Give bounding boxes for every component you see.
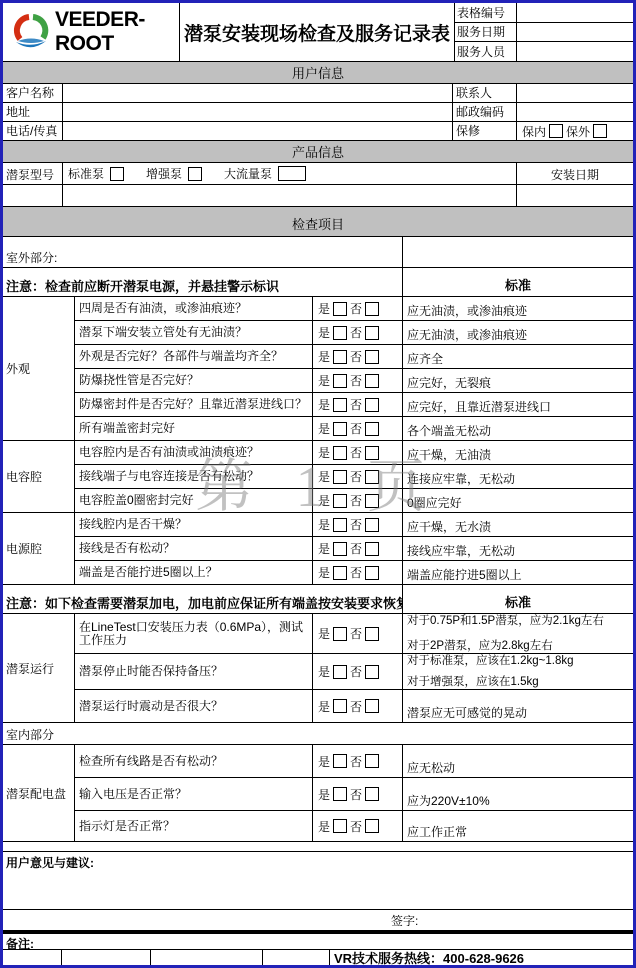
- yes-checkbox[interactable]: [333, 494, 347, 508]
- comments-block[interactable]: 用户意见与建议:: [3, 852, 633, 910]
- group-capacitor-label: 电容腔: [3, 441, 75, 513]
- yes-label: 是: [318, 468, 330, 485]
- no-label: 否: [350, 468, 362, 485]
- yes-label: 是: [318, 753, 330, 770]
- check-row: 电容腔盖0圈密封完好 是 否 0圈应完好: [75, 489, 633, 513]
- section-product-info: 产品信息: [3, 141, 633, 163]
- check-row: 潜泵运行时震动是否很大？ 是 否 潜泵应无可感觉的晃动: [75, 690, 633, 723]
- no-checkbox[interactable]: [365, 518, 379, 532]
- remarks-row[interactable]: 备注:: [3, 934, 633, 950]
- yes-checkbox[interactable]: [333, 787, 347, 801]
- outdoor-part-label: 室外部分:: [3, 237, 403, 267]
- no-checkbox[interactable]: [365, 699, 379, 713]
- no-label: 否: [350, 492, 362, 509]
- high-flow-pump-label: 大流量泵: [224, 165, 272, 182]
- group-power-chamber: 电源腔 接线腔内是否干燥？ 是 否 应干燥，无水渍 接线是否有松动？ 是 否 接…: [3, 513, 633, 585]
- standard-text: 应干燥，无水渍: [403, 513, 633, 536]
- yes-no-cell: 是 否: [313, 393, 403, 416]
- veeder-root-logo-icon: [11, 11, 51, 53]
- yes-no-cell: 是 否: [313, 465, 403, 488]
- yes-label: 是: [318, 516, 330, 533]
- yes-checkbox[interactable]: [333, 470, 347, 484]
- group-operation-label: 潜泵运行: [3, 614, 75, 723]
- question-text: 潜泵下端安装立管处有无油渍？: [75, 321, 313, 344]
- yes-checkbox[interactable]: [333, 699, 347, 713]
- yes-no-cell: 是 否: [313, 441, 403, 464]
- service-person-label: 服务人员: [455, 42, 517, 61]
- question-text: 输入电压是否正常？: [75, 778, 313, 810]
- no-label: 否: [350, 300, 362, 317]
- standard-header-2: 标准: [403, 585, 633, 613]
- notice1-text: 注意：检查前应断开潜泵电源，并悬挂警示标识: [3, 268, 403, 296]
- yes-label: 是: [318, 324, 330, 341]
- install-date-field[interactable]: [517, 185, 633, 206]
- question-text: 接线端子与电容连接是否有松动？: [75, 465, 313, 488]
- standard-text: 应干燥，无油渍: [403, 441, 633, 464]
- no-label: 否: [350, 372, 362, 389]
- yes-no-cell: 是 否: [313, 778, 403, 810]
- no-checkbox[interactable]: [365, 422, 379, 436]
- question-text: 防爆密封件是否完好？且靠近潜泵进线口？: [75, 393, 313, 416]
- yes-label: 是: [318, 698, 330, 715]
- yes-no-cell: 是 否: [313, 321, 403, 344]
- standard-pump-checkbox[interactable]: [110, 167, 124, 181]
- no-label: 否: [350, 396, 362, 413]
- warranty-out-checkbox[interactable]: [593, 124, 607, 138]
- yes-checkbox[interactable]: [333, 819, 347, 833]
- yes-label: 是: [318, 625, 330, 642]
- phone-row: 电话/传真 保修 保内 保外: [3, 122, 633, 141]
- postcode-label: 邮政编码: [453, 103, 517, 121]
- no-checkbox[interactable]: [365, 326, 379, 340]
- form-number-field[interactable]: [517, 3, 633, 22]
- yes-label: 是: [318, 564, 330, 581]
- standard-line-2: 对于2P潜泵，应为2.8kg左右: [407, 640, 553, 652]
- section-inspection: 检查项目: [3, 207, 633, 237]
- signature-label: 签字:: [391, 912, 418, 929]
- yes-checkbox[interactable]: [333, 326, 347, 340]
- header-meta: 表格编号 服务日期 服务人员: [455, 3, 633, 61]
- logo-cell: VEEDER-ROOT: [3, 3, 180, 61]
- meta-row-service-date: 服务日期: [455, 23, 633, 43]
- question-text: 检查所有线路是否有松动？: [75, 745, 313, 777]
- check-row: 所有端盖密封完好 是 否 各个端盖无松动: [75, 417, 633, 441]
- yes-checkbox[interactable]: [333, 566, 347, 580]
- check-row: 接线腔内是否干燥？ 是 否 应干燥，无水渍: [75, 513, 633, 537]
- yes-no-cell: 是 否: [313, 654, 403, 689]
- no-checkbox[interactable]: [365, 470, 379, 484]
- yes-label: 是: [318, 372, 330, 389]
- no-label: 否: [350, 348, 362, 365]
- yes-checkbox[interactable]: [333, 627, 347, 641]
- standard-text: 应无油渍，或渗油痕迹: [403, 297, 633, 320]
- yes-label: 是: [318, 492, 330, 509]
- no-label: 否: [350, 698, 362, 715]
- standard-text: 应为220V±10%: [403, 778, 633, 810]
- contact-field[interactable]: [517, 84, 633, 102]
- contact-label: 联系人: [453, 84, 517, 102]
- address-label: 地址: [3, 103, 63, 121]
- standard-line-1: 对于0.75P和1.5P潜泵，应为2.1kg左右: [407, 615, 604, 627]
- no-label: 否: [350, 818, 362, 835]
- bottom-cell: [3, 950, 62, 965]
- yes-no-cell: 是 否: [313, 614, 403, 653]
- yes-label: 是: [318, 444, 330, 461]
- no-checkbox[interactable]: [365, 754, 379, 768]
- question-text: 四周是否有油渍，或渗油痕迹？: [75, 297, 313, 320]
- yes-checkbox[interactable]: [333, 446, 347, 460]
- yes-checkbox[interactable]: [333, 754, 347, 768]
- form-header: VEEDER-ROOT 潜泵安装现场检查及服务记录表 表格编号 服务日期 服务人…: [3, 3, 633, 62]
- standard-pump-label: 标准泵: [68, 165, 104, 182]
- no-label: 否: [350, 753, 362, 770]
- standard-text: 对于0.75P和1.5P潜泵，应为2.1kg左右 对于2P潜泵，应为2.8kg左…: [403, 614, 633, 653]
- no-label: 否: [350, 444, 362, 461]
- outdoor-part-row: 室外部分:: [3, 237, 633, 268]
- standard-text: 端盖应能拧进5圈以上: [403, 561, 633, 584]
- no-checkbox[interactable]: [365, 374, 379, 388]
- check-row: 防爆挠性管是否完好？ 是 否 应完好，无裂痕: [75, 369, 633, 393]
- question-text: 电容腔内是否有油渍或油渍痕迹？: [75, 441, 313, 464]
- standard-text: 各个端盖无松动: [403, 417, 633, 440]
- customer-name-row: 客户名称 联系人: [3, 84, 633, 103]
- form-number-label: 表格编号: [455, 3, 517, 22]
- no-label: 否: [350, 540, 362, 557]
- enhanced-pump-checkbox[interactable]: [188, 167, 202, 181]
- check-row: 四周是否有油渍，或渗油痕迹？ 是 否 应无油渍，或渗油痕迹: [75, 297, 633, 321]
- enhanced-pump-label: 增强泵: [146, 165, 182, 182]
- bottom-cell: [263, 950, 330, 965]
- standard-text: 对于标准泵，应该在1.2kg~1.8kg 对于增强泵，应该在1.5kg: [403, 654, 633, 689]
- yes-no-cell: 是 否: [313, 690, 403, 722]
- yes-checkbox[interactable]: [333, 302, 347, 316]
- high-flow-pump-checkbox[interactable]: [278, 166, 306, 181]
- group-appearance: 外观 四周是否有油渍，或渗油痕迹？ 是 否 应无油渍，或渗油痕迹 潜泵下端安装立…: [3, 297, 633, 441]
- standard-line-1: 对于标准泵，应该在1.2kg~1.8kg: [407, 655, 573, 667]
- indoor-part-row: 室内部分: [3, 723, 633, 745]
- yes-checkbox[interactable]: [333, 350, 347, 364]
- check-row: 接线端子与电容连接是否有松动？ 是 否 连接应牢靠，无松动: [75, 465, 633, 489]
- yes-checkbox[interactable]: [333, 518, 347, 532]
- check-row: 在LineTest口安装压力表（0.6MPa），测试工作压力 是 否 对于0.7…: [75, 614, 633, 654]
- customer-name-field[interactable]: [63, 84, 453, 102]
- phone-fax-label: 电话/传真: [3, 122, 63, 140]
- yes-no-cell: 是 否: [313, 489, 403, 512]
- warranty-in-label: 保内: [522, 123, 546, 140]
- pump-model-label: 潜泵型号: [3, 163, 63, 184]
- address-row: 地址 邮政编码: [3, 103, 633, 122]
- no-checkbox[interactable]: [365, 302, 379, 316]
- yes-label: 是: [318, 348, 330, 365]
- notice2-text: 注意：如下检查需要潜泵加电，加电前应保证所有端盖按安装要求恢复: [3, 585, 403, 613]
- group-pump-operation: 潜泵运行 在LineTest口安装压力表（0.6MPa），测试工作压力 是 否 …: [3, 614, 633, 723]
- bottom-row: VR技术服务热线：400-628-9626: [3, 950, 633, 965]
- check-row: 输入电压是否正常？ 是 否 应为220V±10%: [75, 778, 633, 811]
- no-checkbox[interactable]: [365, 494, 379, 508]
- no-label: 否: [350, 564, 362, 581]
- no-checkbox[interactable]: [365, 350, 379, 364]
- remarks-label: 备注:: [6, 937, 34, 951]
- yes-checkbox[interactable]: [333, 542, 347, 556]
- yes-no-cell: 是 否: [313, 537, 403, 560]
- yes-no-cell: 是 否: [313, 297, 403, 320]
- no-checkbox[interactable]: [365, 665, 379, 679]
- no-checkbox[interactable]: [365, 446, 379, 460]
- comments-label: 用户意见与建议:: [6, 856, 94, 870]
- customer-name-label: 客户名称: [3, 84, 63, 102]
- yes-label: 是: [318, 300, 330, 317]
- no-label: 否: [350, 786, 362, 803]
- no-checkbox[interactable]: [365, 398, 379, 412]
- question-text: 指示灯是否正常？: [75, 811, 313, 841]
- no-checkbox[interactable]: [365, 627, 379, 641]
- pump-model-options: 标准泵 增强泵 大流量泵: [63, 163, 517, 184]
- outdoor-part-blank: [403, 237, 633, 267]
- yes-checkbox[interactable]: [333, 422, 347, 436]
- standard-text: 应工作正常: [403, 811, 633, 841]
- yes-label: 是: [318, 396, 330, 413]
- group-power-label: 电源腔: [3, 513, 75, 585]
- question-text: 潜泵运行时震动是否很大？: [75, 690, 313, 722]
- yes-label: 是: [318, 786, 330, 803]
- check-row: 检查所有线路是否有松动？ 是 否 应无松动: [75, 745, 633, 778]
- yes-label: 是: [318, 663, 330, 680]
- standard-text: 应齐全: [403, 345, 633, 368]
- standard-text: 应无松动: [403, 745, 633, 777]
- notice2-row: 注意：如下检查需要潜泵加电，加电前应保证所有端盖按安装要求恢复 标准: [3, 585, 633, 614]
- check-row: 接线是否有松动？ 是 否 接线应牢靠，无松动: [75, 537, 633, 561]
- standard-text: 应完好，无裂痕: [403, 369, 633, 392]
- blank-cell[interactable]: [3, 185, 63, 206]
- yes-no-cell: 是 否: [313, 811, 403, 841]
- question-text: 电容腔盖0圈密封完好: [75, 489, 313, 512]
- yes-label: 是: [318, 420, 330, 437]
- brand-name: VEEDER-ROOT: [55, 8, 179, 56]
- pump-model-field[interactable]: [63, 185, 517, 206]
- question-text: 所有端盖密封完好: [75, 417, 313, 440]
- standard-text: 潜泵应无可感觉的晃动: [403, 690, 633, 722]
- yes-checkbox[interactable]: [333, 374, 347, 388]
- yes-no-cell: 是 否: [313, 745, 403, 777]
- no-checkbox[interactable]: [365, 787, 379, 801]
- standard-header: 标准: [403, 268, 633, 296]
- question-text: 接线是否有松动？: [75, 537, 313, 560]
- no-checkbox[interactable]: [365, 819, 379, 833]
- check-row: 端盖是否能拧进5圈以上？ 是 否 端盖应能拧进5圈以上: [75, 561, 633, 585]
- warranty-label: 保修: [453, 122, 517, 140]
- address-field[interactable]: [63, 103, 453, 121]
- group-appearance-label: 外观: [3, 297, 75, 441]
- check-row: 潜泵停止时能否保持备压？ 是 否 对于标准泵，应该在1.2kg~1.8kg 对于…: [75, 654, 633, 690]
- indoor-part-label: 室内部分: [3, 723, 633, 744]
- check-row: 指示灯是否正常？ 是 否 应工作正常: [75, 811, 633, 842]
- no-checkbox[interactable]: [365, 542, 379, 556]
- no-label: 否: [350, 516, 362, 533]
- warranty-out-label: 保外: [566, 123, 590, 140]
- question-text: 潜泵停止时能否保持备压？: [75, 654, 313, 689]
- bottom-cell: [62, 950, 151, 965]
- no-label: 否: [350, 663, 362, 680]
- check-row: 电容腔内是否有油渍或油渍痕迹？ 是 否 应干燥，无油渍: [75, 441, 633, 465]
- pump-model-blank-row: [3, 185, 633, 207]
- group-distribution-panel: 潜泵配电盘 检查所有线路是否有松动？ 是 否 应无松动 输入电压是否正常？ 是 …: [3, 745, 633, 842]
- standard-text: 连接应牢靠，无松动: [403, 465, 633, 488]
- yes-checkbox[interactable]: [333, 398, 347, 412]
- form-title: 潜泵安装现场检查及服务记录表: [180, 3, 455, 61]
- standard-line-2: 对于增强泵，应该在1.5kg: [407, 676, 539, 688]
- spacer-row: [3, 842, 633, 852]
- question-text: 外观是否完好？各部件与端盖均齐全？: [75, 345, 313, 368]
- question-text: 接线腔内是否干燥？: [75, 513, 313, 536]
- standard-text: 应完好，且靠近潜泵进线口: [403, 393, 633, 416]
- yes-checkbox[interactable]: [333, 665, 347, 679]
- question-text: 防爆挠性管是否完好？: [75, 369, 313, 392]
- warranty-in-checkbox[interactable]: [549, 124, 563, 138]
- yes-no-cell: 是 否: [313, 513, 403, 536]
- yes-no-cell: 是 否: [313, 345, 403, 368]
- group-panel-label: 潜泵配电盘: [3, 745, 75, 842]
- yes-label: 是: [318, 540, 330, 557]
- warranty-options: 保内 保外: [517, 122, 633, 140]
- yes-label: 是: [318, 818, 330, 835]
- check-row: 潜泵下端安装立管处有无油渍？ 是 否 应无油渍，或渗油痕迹: [75, 321, 633, 345]
- phone-fax-field[interactable]: [63, 122, 453, 140]
- postcode-field[interactable]: [517, 103, 633, 121]
- check-row: 外观是否完好？各部件与端盖均齐全？ 是 否 应齐全: [75, 345, 633, 369]
- section-user-info: 用户信息: [3, 62, 633, 84]
- pump-model-row: 潜泵型号 标准泵 增强泵 大流量泵 安装日期: [3, 163, 633, 185]
- no-label: 否: [350, 420, 362, 437]
- no-label: 否: [350, 324, 362, 341]
- standard-text: 接线应牢靠，无松动: [403, 537, 633, 560]
- service-date-field[interactable]: [517, 23, 633, 42]
- group-capacitor-chamber: 电容腔 电容腔内是否有油渍或油渍痕迹？ 是 否 应干燥，无油渍 接线端子与电容连…: [3, 441, 633, 513]
- yes-no-cell: 是 否: [313, 561, 403, 584]
- check-row: 防爆密封件是否完好？且靠近潜泵进线口？ 是 否 应完好，且靠近潜泵进线口: [75, 393, 633, 417]
- yes-no-cell: 是 否: [313, 417, 403, 440]
- install-date-label: 安装日期: [517, 163, 633, 184]
- yes-no-cell: 是 否: [313, 369, 403, 392]
- no-label: 否: [350, 625, 362, 642]
- question-text: 在LineTest口安装压力表（0.6MPa），测试工作压力: [75, 614, 313, 653]
- bottom-cell: [151, 950, 263, 965]
- notice1-row: 注意：检查前应断开潜泵电源，并悬挂警示标识 标准: [3, 268, 633, 297]
- service-hotline: VR技术服务热线：400-628-9626: [330, 950, 633, 965]
- standard-text: 应无油渍，或渗油痕迹: [403, 321, 633, 344]
- meta-row-service-person: 服务人员: [455, 42, 633, 61]
- question-text: 端盖是否能拧进5圈以上？: [75, 561, 313, 584]
- no-checkbox[interactable]: [365, 566, 379, 580]
- signature-row[interactable]: 签字:: [3, 910, 633, 930]
- service-person-field[interactable]: [517, 42, 633, 61]
- standard-text: 0圈应完好: [403, 489, 633, 512]
- meta-row-form-number: 表格编号: [455, 3, 633, 23]
- pump-service-form-page: 第 1 页 VEEDER-ROOT 潜泵安装现场检查及服务记录表 表格编号 服务…: [0, 0, 636, 968]
- service-date-label: 服务日期: [455, 23, 517, 42]
